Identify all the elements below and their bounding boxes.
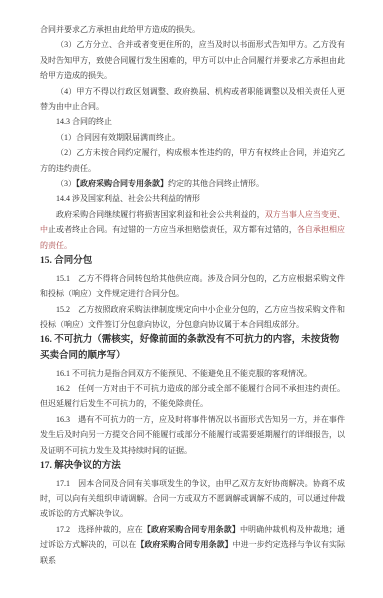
contract-paragraph: 15.2 乙方按照政府采购法律制度规定向中小企业分包的，乙方应当按采购文件和投标…	[40, 302, 345, 333]
text-segment: 15. 合同分包	[40, 256, 92, 266]
text-segment: 政府采购合同继续履行将损害国家利益和社会公共利益的，	[56, 210, 265, 219]
section-heading: 15. 合同分包	[40, 254, 345, 270]
contract-paragraph: （3）乙方分立、合并或者变更住所的，应当及时以书面形式告知甲方。乙方没有及时告知…	[40, 37, 345, 83]
contract-paragraph: 14.4 涉及国家利益、社会公共利益的情形	[40, 191, 345, 206]
text-segment: 16.1 不可抗力是指合同双方不能预见、不能避免且不能克服的客观情况。	[56, 369, 312, 378]
contract-paragraph: 16.3 遇有不可抗力的一方，应及时将事件情况以书面形式告知另一方，并在事件发生…	[40, 412, 345, 458]
text-segment: 约定的其他合同终止情形。	[168, 179, 264, 188]
text-segment: 15.1 乙方不得将合同转包给其他供应商。涉及合同分包的，乙方应根据采购文件和投…	[40, 274, 345, 298]
contract-body: 合同并要求乙方承担由此给甲方造成的损失。（3）乙方分立、合并或者变更住所的，应当…	[40, 22, 345, 568]
text-segment: （3）	[56, 179, 76, 188]
text-segment: （3）乙方分立、合并或者变更住所的，应当及时以书面形式告知甲方。乙方没有及时告知…	[40, 40, 345, 80]
document-page: 合同并要求乙方承担由此给甲方造成的损失。（3）乙方分立、合并或者变更住所的，应当…	[0, 0, 383, 598]
contract-paragraph: （4）甲方不得以行政区划调整、政府换届、机构或者职能调整以及相关责任人更替为由中…	[40, 84, 345, 115]
text-segment: 14.4 涉及国家利益、社会公共利益的情形	[56, 194, 200, 203]
text-segment: 16. 不可抗力（需核实，好像前面的条款没有不可抗力的内容，未按货物买卖合同的顺…	[40, 335, 339, 361]
contract-paragraph: 政府采购合同继续履行将损害国家利益和社会公共利益的，双方当事人应当变更、中止或者…	[40, 207, 345, 253]
text-segment: 17.1 因本合同及合同有关事项发生的争议，由甲乙双方友好协商解决。协商不成时，…	[40, 479, 345, 519]
contract-paragraph: 15.1 乙方不得将合同转包给其他供应商。涉及合同分包的，乙方应根据采购文件和投…	[40, 271, 345, 302]
text-segment: 止或者终止合同。有过错的一方应当承担赔偿责任，双方都有过错的，	[48, 225, 297, 234]
contract-paragraph: （2）乙方未按合同约定履行，构成根本性违约的，甲方有权终止合同，并追究乙方的违约…	[40, 145, 345, 176]
section-heading: 16. 不可抗力（需核实，好像前面的条款没有不可抗力的内容，未按货物买卖合同的顺…	[40, 333, 345, 364]
text-segment: 15.2 乙方按照政府采购法律制度规定向中小企业分包的，乙方应当按采购文件和投标…	[40, 305, 345, 329]
text-segment: （4）甲方不得以行政区划调整、政府换届、机构或者职能调整以及相关责任人更替为由中…	[40, 87, 345, 111]
contract-paragraph: 合同并要求乙方承担由此给甲方造成的损失。	[40, 22, 345, 37]
text-segment: （2）乙方未按合同约定履行，构成根本性违约的，甲方有权终止合同，并追究乙方的违约…	[40, 148, 345, 172]
text-segment: 14.3 合同的终止	[56, 117, 112, 126]
contract-paragraph: （1）合同因有效期限届满而终止。	[40, 130, 345, 145]
section-heading: 17. 解决争议的方法	[40, 459, 345, 475]
text-segment: 16.3 遇有不可抗力的一方，应及时将事件情况以书面形式告知另一方，并在事件发生…	[40, 415, 345, 455]
text-segment: （1）合同因有效期限届满而终止。	[56, 133, 180, 142]
text-segment: 合同并要求乙方承担由此给甲方造成的损失。	[40, 25, 200, 34]
contract-paragraph: （3）【政府采购合同专用条款】约定的其他合同终止情形。	[40, 176, 345, 191]
contract-paragraph: 16.2 任何一方对由于不可抗力造成的部分或全部不能履行合同不承担违约责任。但迟…	[40, 381, 345, 412]
contract-paragraph: 17.1 因本合同及合同有关事项发生的争议，由甲乙双方友好协商解决。协商不成时，…	[40, 476, 345, 522]
text-segment: 17.2 选择仲裁的，应在	[56, 525, 143, 534]
contract-paragraph: 17.2 选择仲裁的，应在【政府采购合同专用条款】中明确仲裁机构及仲裁地；通过诉…	[40, 522, 345, 568]
special-clause-term: 【政府采购合同专用条款】	[136, 540, 232, 549]
text-segment: 17. 解决争议的方法	[40, 461, 121, 471]
contract-paragraph: 16.1 不可抗力是指合同双方不能预见、不能避免且不能克服的客观情况。	[40, 366, 345, 381]
special-clause-term: 【政府采购合同专用条款】	[143, 525, 240, 534]
special-clause-term: 【政府采购合同专用条款】	[76, 179, 168, 188]
text-segment: 16.2 任何一方对由于不可抗力造成的部分或全部不能履行合同不承担违约责任。但迟…	[40, 384, 345, 408]
contract-paragraph: 14.3 合同的终止	[40, 114, 345, 129]
